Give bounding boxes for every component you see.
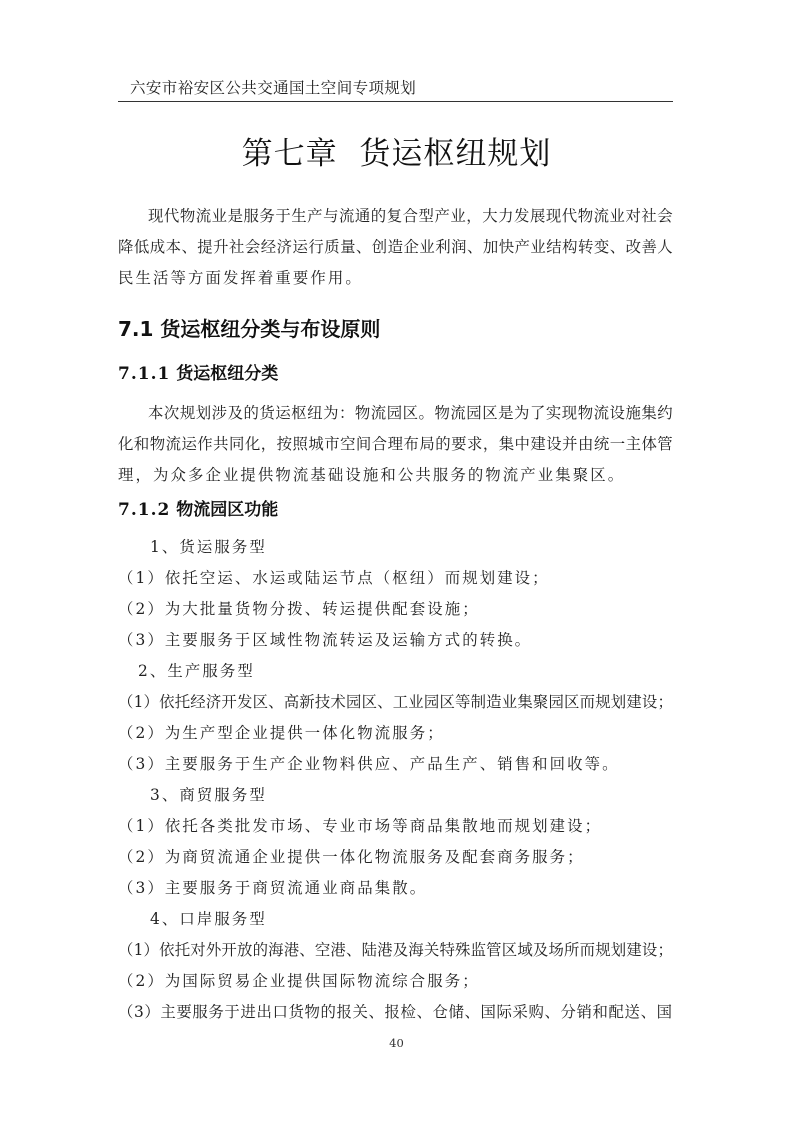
list-item: （2）为商贸流通企业提供一体化物流服务及配套商务服务； (118, 845, 585, 867)
section-number: 7.1.1 (118, 364, 170, 384)
paragraph-line: 化和物流运作共同化，按照城市空间合理布局的要求，集中建设并由统一主体管 (118, 432, 673, 454)
list-item: （2）为国际贸易企业提供国际物流综合服务； (118, 969, 480, 991)
list-item: （1）依托对外开放的海港、空港、陆港及海关特殊监管区域及场所而规划建设； (118, 938, 673, 960)
list-item: （2）为大批量货物分拨、转运提供配套设施； (118, 597, 480, 619)
list-item: （1）依托空运、水运或陆运节点（枢纽）而规划建设； (118, 566, 550, 588)
type-label: 1、货运服务型 (150, 535, 267, 557)
type-label: 4、口岸服务型 (150, 907, 267, 929)
paragraph-line: 本次规划涉及的货运枢纽为：物流园区。物流园区是为了实现物流设施集约 (148, 401, 673, 423)
header-divider (118, 101, 673, 102)
section-heading-7-1-1: 7.1.1 货运枢纽分类 (118, 359, 278, 384)
list-item: （2）为生产型企业提供一体化物流服务； (118, 721, 445, 743)
intro-line-1: 现代物流业是服务于生产与流通的复合型产业，大力发展现代物流业对社会 (148, 204, 673, 226)
list-item: （1）依托各类批发市场、专业市场等商品集散地而规划建设； (118, 814, 602, 836)
section-number: 7.1.2 (118, 500, 170, 520)
list-item: （3）主要服务于生产企业物料供应、产品生产、销售和回收等。 (118, 752, 620, 774)
list-item: （3）主要服务于商贸流通业商品集散。 (118, 876, 427, 898)
page-number: 40 (0, 1036, 793, 1050)
intro-line-3: 民生活等方面发挥着重要作用。 (118, 266, 363, 288)
section-heading-7-1-2: 7.1.2 物流园区功能 (118, 495, 278, 520)
document-page: 六安市裕安区公共交通国土空间专项规划 第七章 货运枢纽规划 现代物流业是服务于生… (0, 0, 793, 1122)
section-title: 货运枢纽分类 (176, 364, 278, 384)
chapter-title: 第七章 货运枢纽规划 (0, 128, 793, 173)
intro-line-2: 降低成本、提升社会经济运行质量、创造企业利润、加快产业结构转变、改善人 (118, 235, 673, 257)
list-item: （3）主要服务于区域性物流转运及运输方式的转换。 (118, 628, 532, 650)
type-label: 3、商贸服务型 (150, 783, 267, 805)
section-title: 物流园区功能 (176, 500, 278, 520)
list-item: （1）依托经济开发区、高新技术园区、工业园区等制造业集聚园区而规划建设； (118, 690, 673, 712)
type-label: 2、生产服务型 (138, 659, 255, 681)
section-heading-7-1: 7.1 货运枢纽分类与布设原则 (118, 313, 380, 342)
running-header: 六安市裕安区公共交通国土空间专项规划 (130, 76, 416, 98)
list-item: （3）主要服务于进出口货物的报关、报检、仓储、国际采购、分销和配送、国 (118, 1000, 673, 1022)
paragraph-line: 理，为众多企业提供物流基础设施和公共服务的物流产业集聚区。 (118, 463, 625, 485)
